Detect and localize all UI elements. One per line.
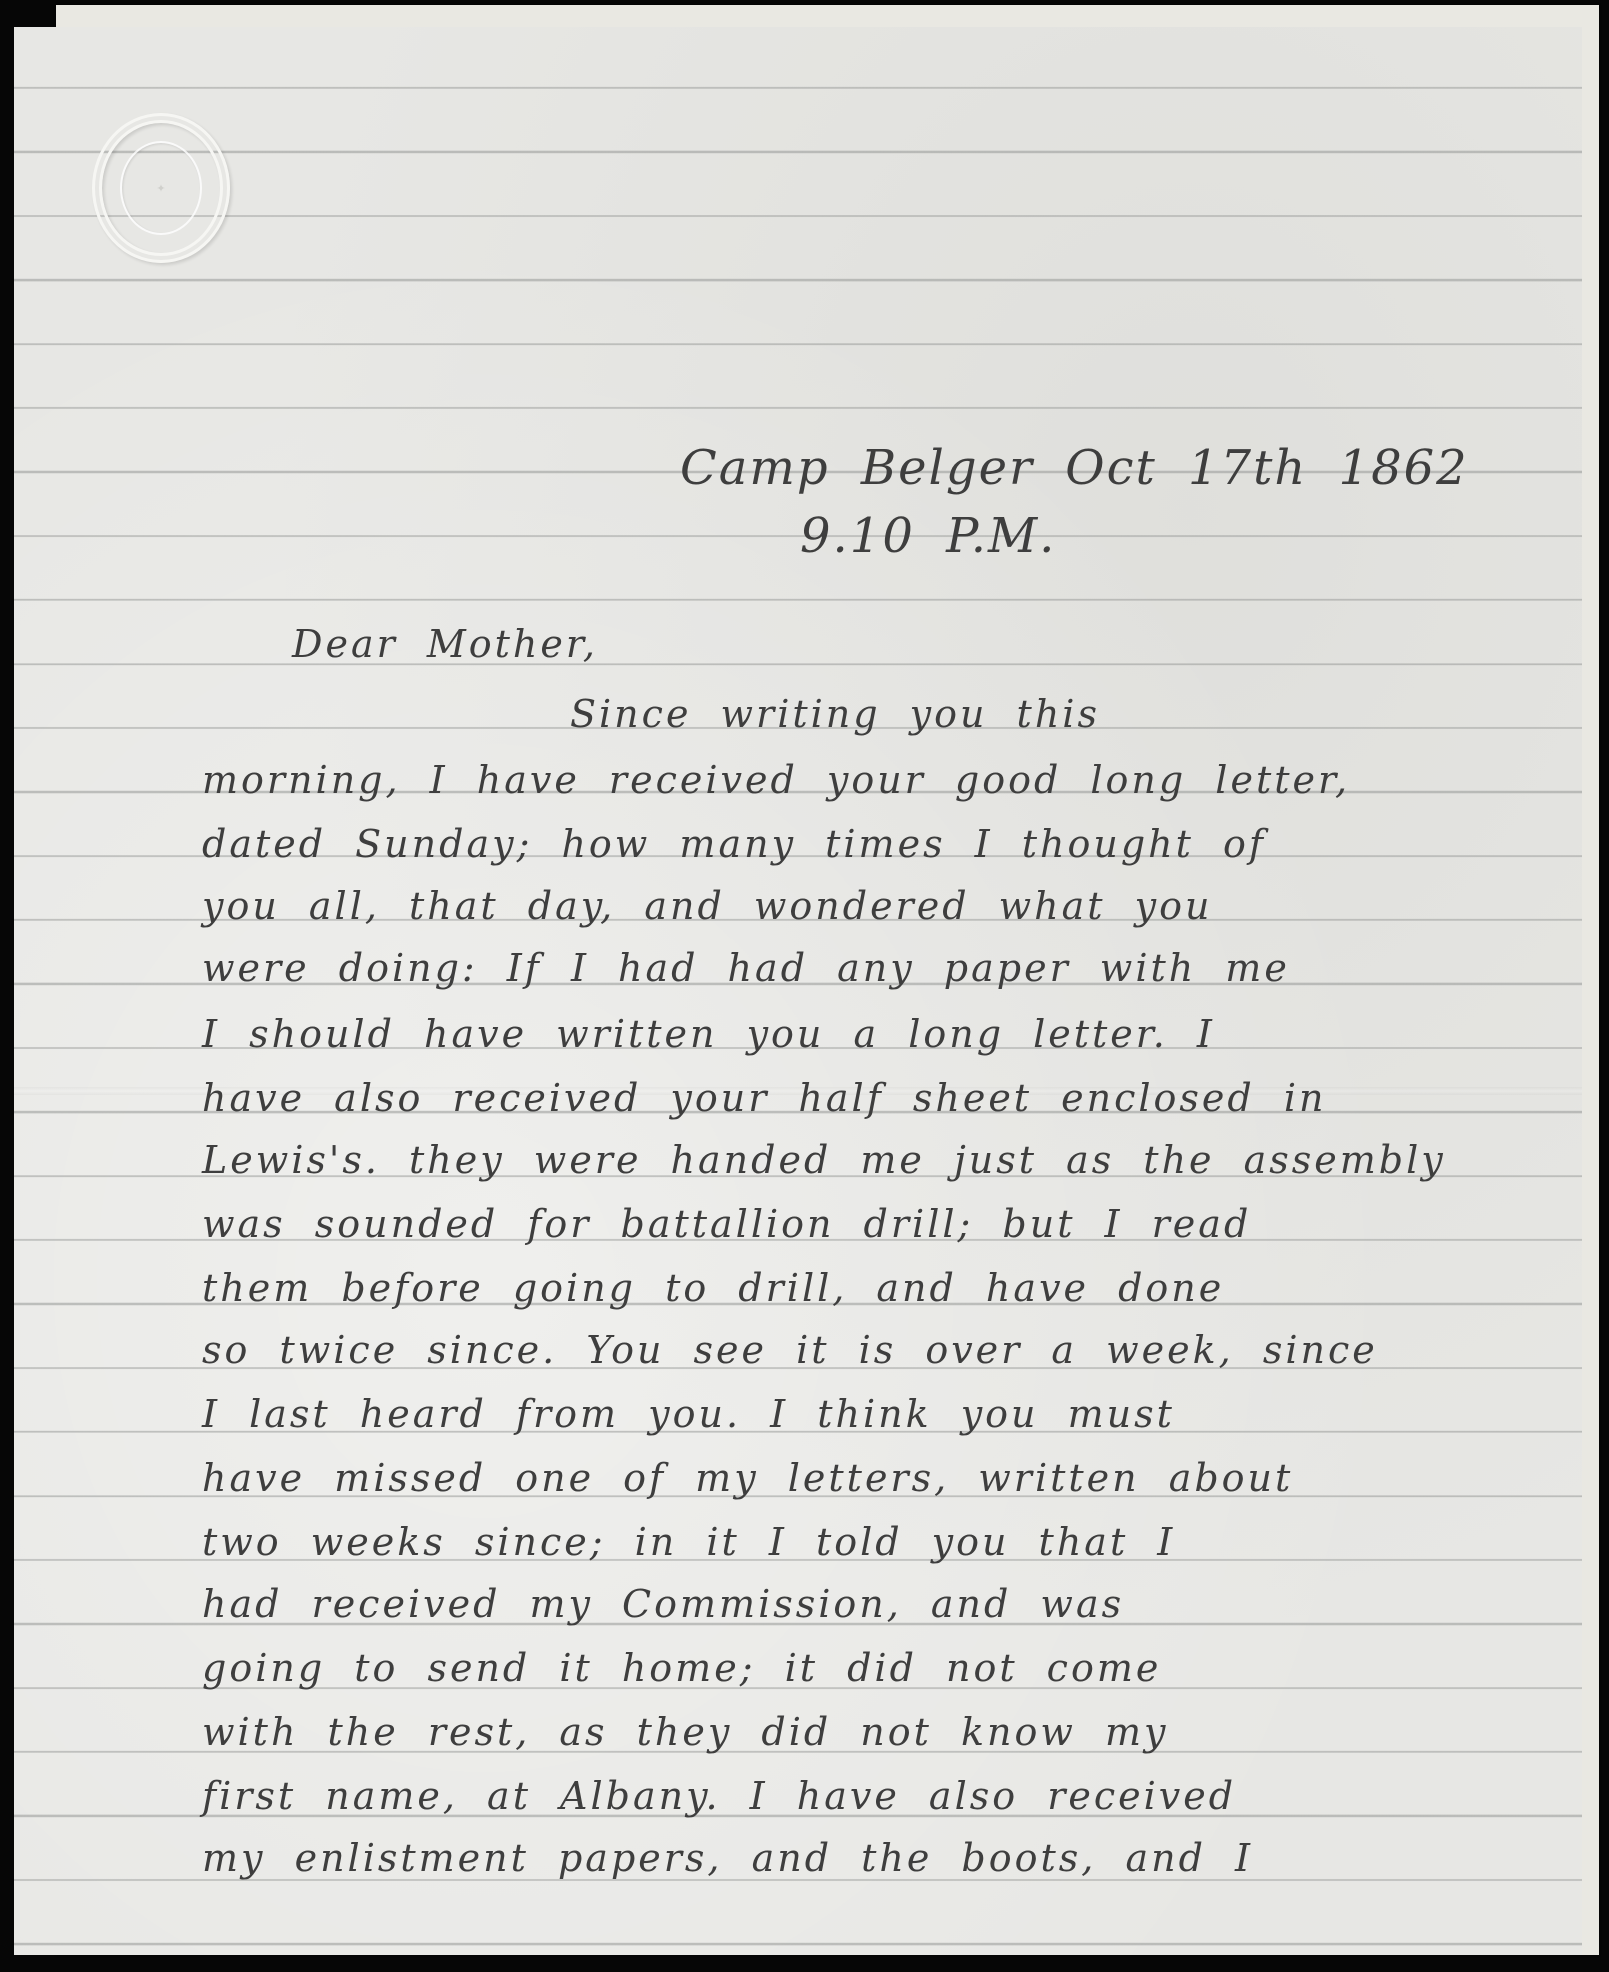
salutation: Dear Mother, xyxy=(292,622,598,666)
heading-time: 9.10 P.M. xyxy=(800,508,1056,564)
body-line-11: so twice since. You see it is over a wee… xyxy=(202,1328,1378,1372)
body-line-19: my enlistment papers, and the boots, and… xyxy=(202,1836,1253,1880)
body-line-17: with the rest, as they did not know my xyxy=(202,1710,1168,1754)
body-line-7: have also received your half sheet enclo… xyxy=(202,1076,1326,1120)
body-line-6: I should have written you a long letter.… xyxy=(202,1012,1215,1056)
body-line-9: was sounded for battallion drill; but I … xyxy=(202,1202,1251,1246)
embossed-seal-icon: ✦ xyxy=(92,113,230,263)
body-line-12: I last heard from you. I think you must xyxy=(202,1392,1175,1436)
body-line-14: two weeks since; in it I told you that I xyxy=(202,1520,1175,1564)
seal-center: ✦ xyxy=(120,141,202,235)
body-line-18: first name, at Albany. I have also recei… xyxy=(202,1774,1236,1818)
heading-place-date: Camp Belger Oct 17th 1862 xyxy=(680,440,1469,496)
body-line-5: were doing: If I had had any paper with … xyxy=(202,946,1290,990)
body-line-4: you all, that day, and wondered what you xyxy=(202,884,1212,928)
body-line-13: have missed one of my letters, written a… xyxy=(202,1456,1293,1500)
body-line-8: Lewis's. they were handed me just as the… xyxy=(202,1138,1446,1182)
body-line-2: morning, I have received your good long … xyxy=(202,758,1350,802)
body-line-3: dated Sunday; how many times I thought o… xyxy=(202,822,1266,866)
body-line-16: going to send it home; it did not come xyxy=(202,1646,1161,1690)
body-line-1: Since writing you this xyxy=(570,692,1100,736)
body-line-10: them before going to drill, and have don… xyxy=(202,1266,1224,1310)
body-line-15: had received my Commission, and was xyxy=(202,1582,1124,1626)
